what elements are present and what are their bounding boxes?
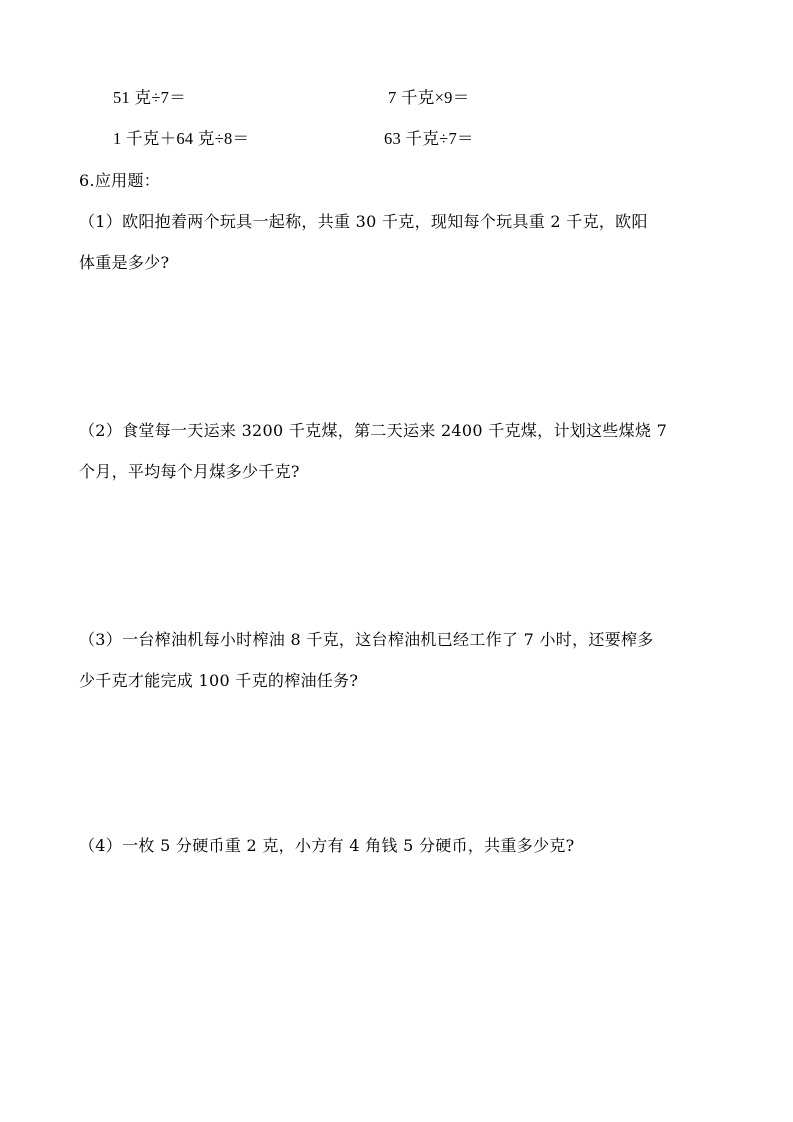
calc-63kg-div-7: 63 千克÷7＝ [384, 129, 474, 149]
problem-1-line-2: 体重是多少? [79, 253, 169, 273]
problem-1-line-1: （1）欧阳抱着两个玩具一起称，共重 30 千克，现知每个玩具重 2 千克，欧阳 [79, 212, 648, 232]
calc-51g-div-7: 51 克÷7＝ [113, 88, 186, 108]
calc-1kg-plus-64g-div-8: 1 千克＋64 克÷8＝ [113, 129, 249, 149]
problem-3-line-2: 少千克才能完成 100 千克的榨油任务? [79, 671, 358, 691]
problem-2-line-1: （2）食堂每一天运来 3200 千克煤，第二天运来 2400 千克煤，计划这些煤… [79, 421, 667, 441]
section-title-applied-problems: 6.应用题： [79, 171, 160, 191]
problem-3-line-1: （3）一台榨油机每小时榨油 8 千克，这台榨油机已经工作了 7 小时，还要榨多 [79, 630, 654, 650]
calc-7kg-times-9: 7 千克×9＝ [388, 88, 470, 108]
problem-2-line-2: 个月，平均每个月煤多少千克? [79, 462, 300, 482]
problem-4-line-1: （4）一枚 5 分硬币重 2 克，小方有 4 角钱 5 分硬币，共重多少克? [79, 836, 575, 856]
